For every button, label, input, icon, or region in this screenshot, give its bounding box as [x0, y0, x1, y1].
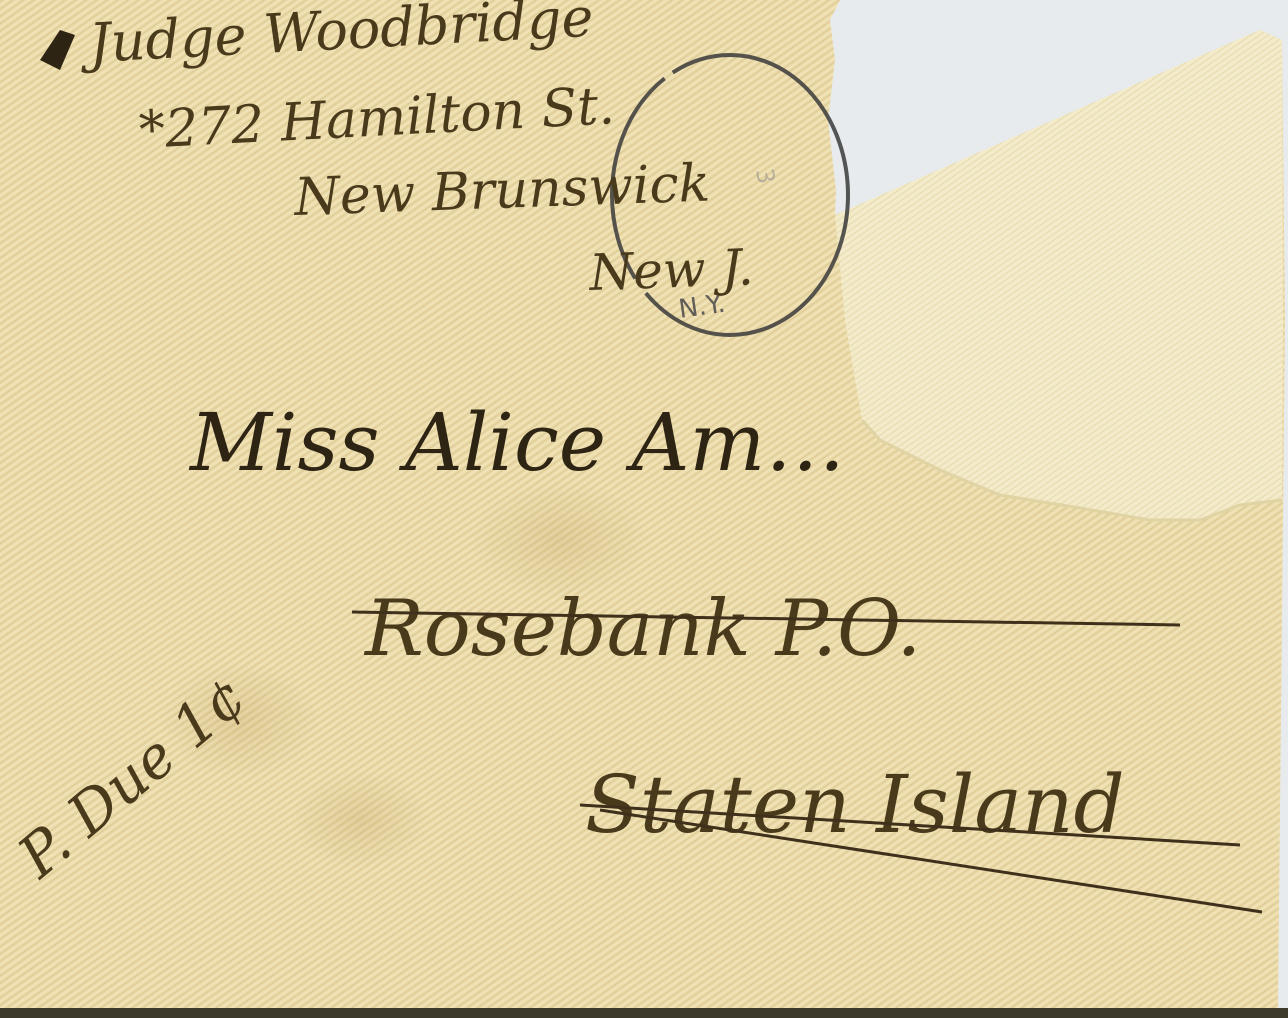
recipient-address-line2: Staten Island [585, 758, 1125, 851]
envelope-flap [835, 30, 1283, 520]
recipient-name: Miss Alice Am… [188, 396, 845, 489]
envelope-illustration: N.Y. 3 Judge Woodbridge *272 Hamilton St… [0, 0, 1288, 1018]
recipient-address-line1: Rosebank P.O. [363, 584, 921, 674]
return-address-line4: New J. [587, 238, 754, 302]
envelope-scene: N.Y. 3 Judge Woodbridge *272 Hamilton St… [0, 0, 1288, 1018]
